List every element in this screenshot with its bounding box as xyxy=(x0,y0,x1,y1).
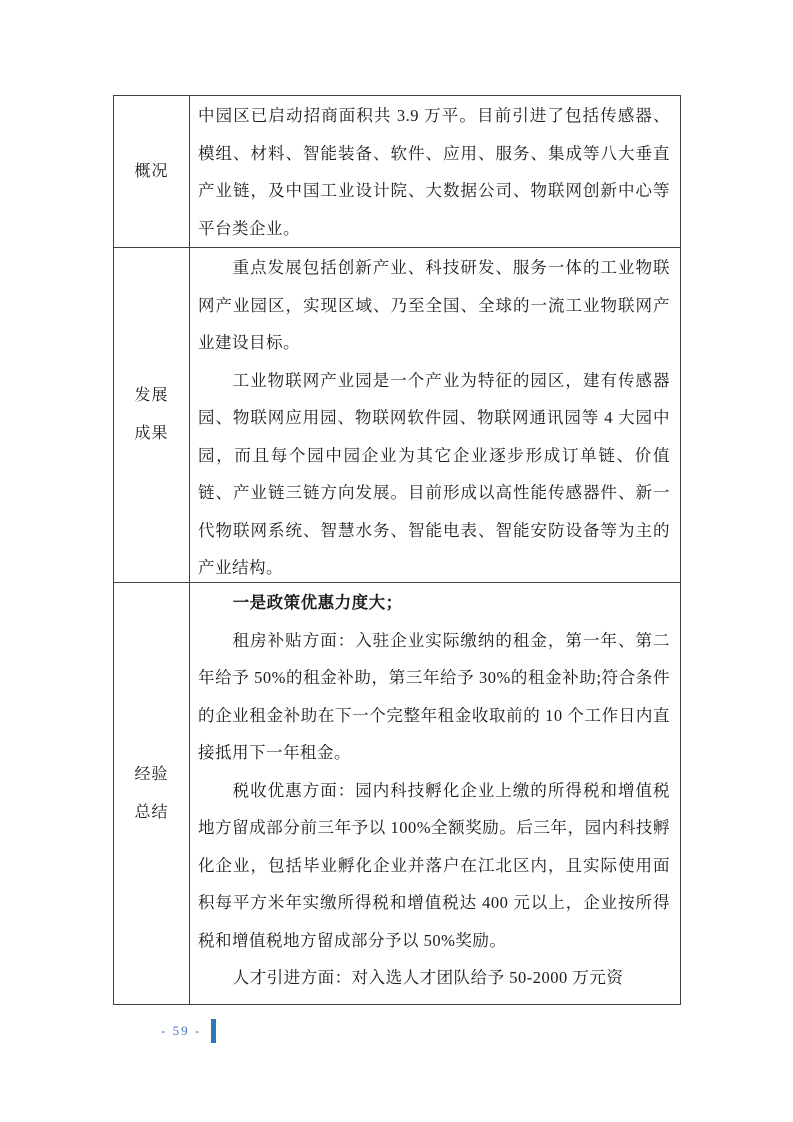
paragraph-heading: 一是政策优惠力度大； xyxy=(198,584,670,622)
row-content-development-results: 重点发展包括创新产业、科技研发、服务一体的工业物联网产业园区，实现区域、乃至全国… xyxy=(190,248,680,582)
paragraph: 重点发展包括创新产业、科技研发、服务一体的工业物联网产业园区，实现区域、乃至全国… xyxy=(198,249,670,362)
table-row-development-results: 发展 成果 重点发展包括创新产业、科技研发、服务一体的工业物联网产业园区，实现区… xyxy=(114,248,680,583)
row-label-text: 成果 xyxy=(134,415,168,453)
text-cursor-marker xyxy=(211,1019,216,1043)
page-number: - 59 - xyxy=(161,1019,201,1043)
row-content-experience-summary: 一是政策优惠力度大； 租房补贴方面：入驻企业实际缴纳的租金，第一年、第二年给予 … xyxy=(190,583,680,1004)
row-label-overview: 概况 xyxy=(114,96,190,247)
table-row-experience-summary: 经验 总结 一是政策优惠力度大； 租房补贴方面：入驻企业实际缴纳的租金，第一年、… xyxy=(114,583,680,1005)
row-content-overview: 中园区已启动招商面积共 3.9 万平。目前引进了包括传感器、模组、材料、智能装备… xyxy=(190,96,680,247)
row-label-text: 总结 xyxy=(134,794,168,832)
row-label-experience-summary: 经验 总结 xyxy=(114,583,190,1004)
row-label-text: 概况 xyxy=(134,153,168,191)
table-row-overview: 概况 中园区已启动招商面积共 3.9 万平。目前引进了包括传感器、模组、材料、智… xyxy=(114,96,680,248)
row-label-development-results: 发展 成果 xyxy=(114,248,190,582)
row-label-text: 经验 xyxy=(134,756,168,794)
paragraph: 人才引进方面：对入选人才团队给予 50-2000 万元资 xyxy=(198,959,670,997)
paragraph: 税收优惠方面：园内科技孵化企业上缴的所得税和增值税地方留成部分前三年予以 100… xyxy=(198,772,670,960)
paragraph: 工业物联网产业园是一个产业为特征的园区，建有传感器园、物联网应用园、物联网软件园… xyxy=(198,362,670,583)
paragraph: 中园区已启动招商面积共 3.9 万平。目前引进了包括传感器、模组、材料、智能装备… xyxy=(198,97,670,247)
paragraph: 租房补贴方面：入驻企业实际缴纳的租金，第一年、第二年给予 50%的租金补助，第三… xyxy=(198,622,670,772)
content-table: 概况 中园区已启动招商面积共 3.9 万平。目前引进了包括传感器、模组、材料、智… xyxy=(113,95,681,1005)
row-label-text: 发展 xyxy=(134,377,168,415)
